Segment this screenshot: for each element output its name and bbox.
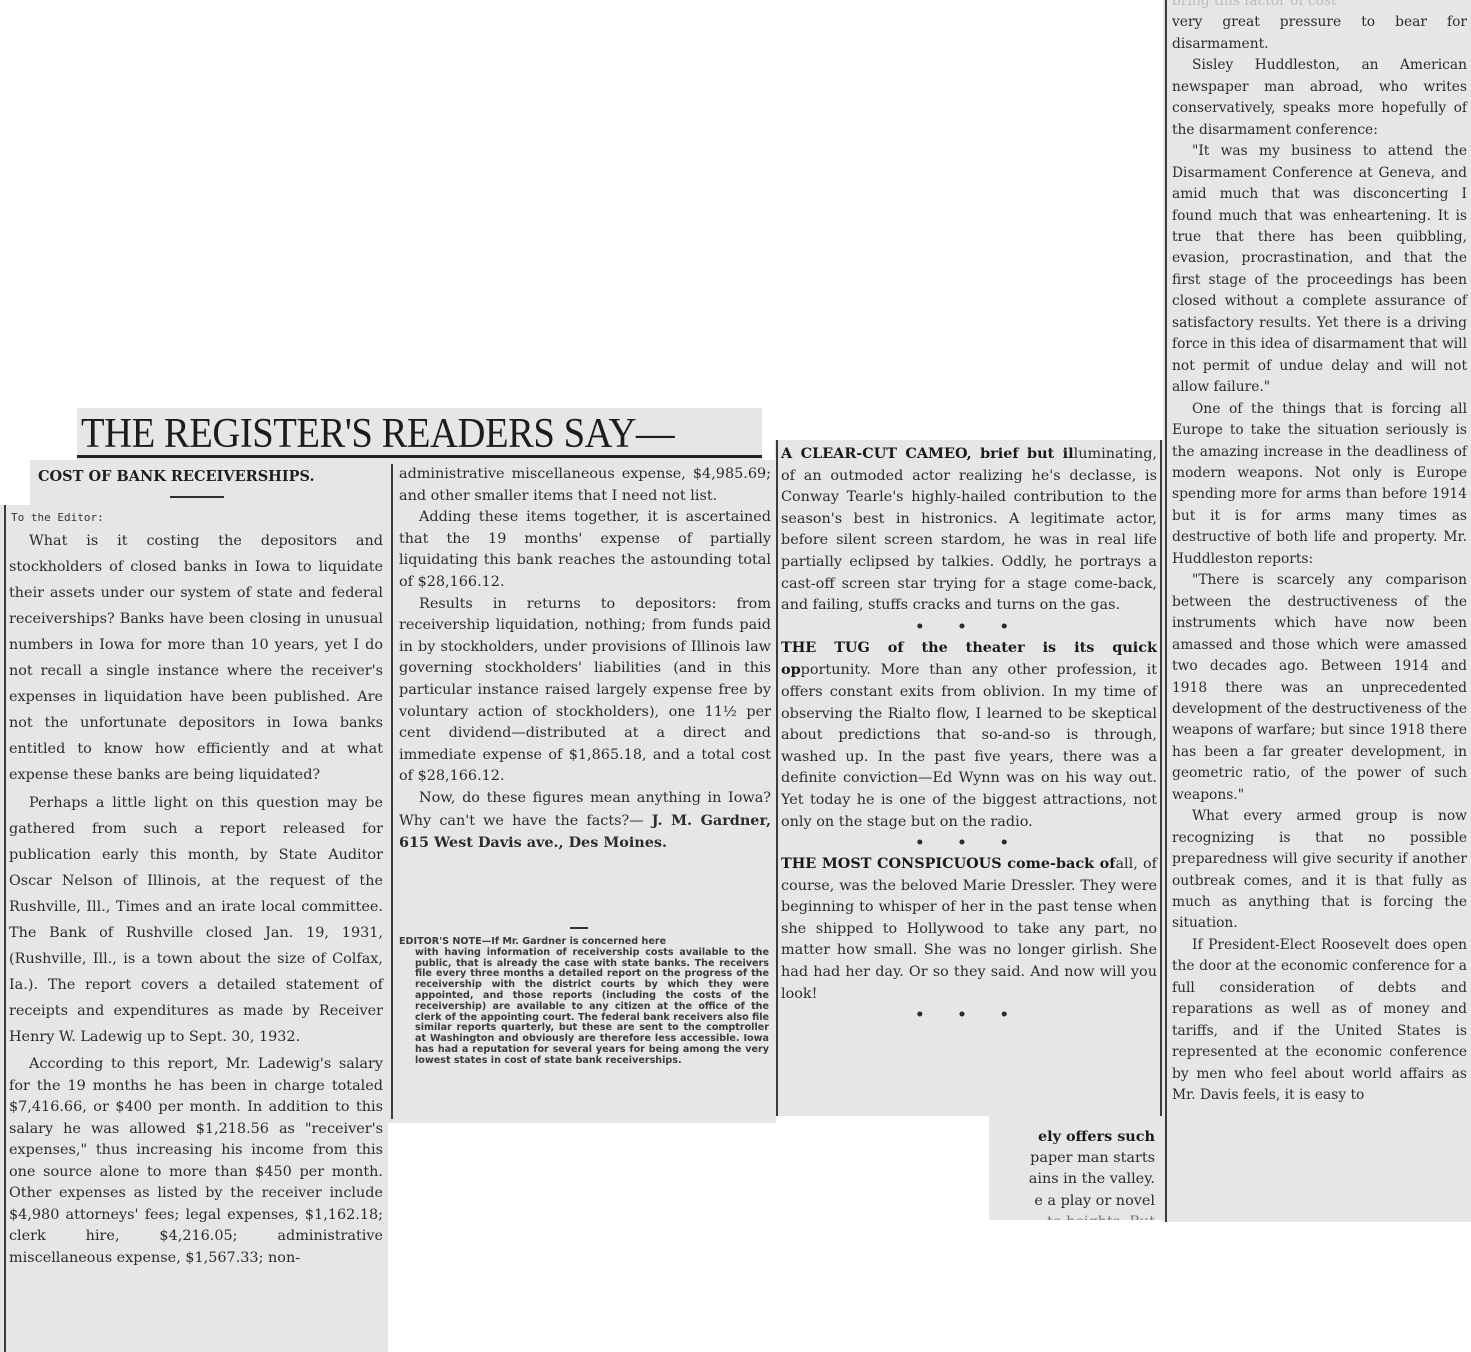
theater-fragment: ely offers such paper man starts ains in… bbox=[989, 1126, 1155, 1220]
letter-para: What is it costing the depositors and st… bbox=[9, 528, 383, 788]
item-lead: A CLEAR-CUT CAMEO, bbox=[781, 445, 972, 462]
letter-para: According to this report, Mr. Ladewig's … bbox=[9, 1054, 383, 1269]
theater-column-clip: A CLEAR-CUT CAMEO, brief but illuminatin… bbox=[775, 440, 1163, 1116]
headline-rule bbox=[77, 455, 762, 458]
disarmament-para: If President-Elect Roosevelt does open t… bbox=[1172, 935, 1467, 1107]
letter-column-2-clip: administrative miscellaneous expense, $4… bbox=[386, 460, 776, 1123]
theater-item: THE MOST CONSPICUOUS come-back ofall, of… bbox=[781, 853, 1157, 1005]
disarmament-column-clip: bring this factor of cost very great pre… bbox=[1163, 0, 1471, 1222]
headline-clip: THE REGISTER'S READERS SAY— bbox=[77, 408, 762, 460]
separator-dots: • • • bbox=[781, 833, 1157, 853]
page-headline: THE REGISTER'S READERS SAY— bbox=[81, 410, 674, 458]
letter-column-2: administrative miscellaneous expense, $4… bbox=[399, 464, 771, 855]
editors-note-body: with having information of receivership … bbox=[399, 948, 769, 1067]
editors-note-first-line: If Mr. Gardner is concerned here bbox=[491, 936, 666, 947]
theater-item: THE TUG of the theater is its quick oppo… bbox=[781, 637, 1157, 833]
fragment-line: e a play or novel bbox=[989, 1191, 1155, 1213]
column-rule bbox=[776, 440, 778, 1116]
item-text: portunity. More than any other professio… bbox=[781, 662, 1157, 829]
item-lead-rest: brief but il bbox=[972, 445, 1074, 462]
disarmament-para: One of the things that is forcing all Eu… bbox=[1172, 399, 1467, 571]
disarmament-para: very great pressure to bear for disarmam… bbox=[1172, 12, 1467, 55]
item-lead: THE MOST CONSPICUOUS bbox=[781, 855, 1002, 872]
fragment-line: ely offers such bbox=[989, 1126, 1155, 1148]
theater-column: A CLEAR-CUT CAMEO, brief but illuminatin… bbox=[781, 443, 1157, 1025]
theater-item: A CLEAR-CUT CAMEO, brief but illuminatin… bbox=[781, 443, 1157, 617]
separator-dots: • • • bbox=[781, 617, 1157, 637]
disarmament-para: Sisley Huddleston, an American newspaper… bbox=[1172, 55, 1467, 141]
note-dash bbox=[570, 927, 588, 929]
item-text: luminating, of an outmoded actor realizi… bbox=[781, 446, 1157, 613]
column-rule bbox=[1160, 440, 1162, 1116]
salutation: To the Editor: bbox=[11, 511, 104, 524]
fragment-line: paper man starts bbox=[989, 1148, 1155, 1170]
letter-para: Perhaps a little light on this question … bbox=[9, 790, 383, 1050]
letter-title: COST OF BANK RECEIVERSHIPS. bbox=[38, 468, 315, 485]
item-text: all, of course, was the beloved Marie Dr… bbox=[781, 856, 1157, 1002]
fragment-line: ains in the valley. bbox=[989, 1169, 1155, 1191]
letter-para: Results in returns to depositors: from r… bbox=[399, 594, 771, 788]
disarmament-para: What every armed group is now recognizin… bbox=[1172, 806, 1467, 935]
fragment-line: ... to heights. But bbox=[989, 1212, 1155, 1220]
editors-note-label: EDITOR'S NOTE— bbox=[399, 936, 491, 947]
disarmament-para: "It was my business to attend the Disarm… bbox=[1172, 141, 1467, 398]
column-rule bbox=[1165, 0, 1167, 1222]
item-lead: THE TUG bbox=[781, 639, 870, 656]
item-lead-rest: come-back of bbox=[1002, 855, 1116, 872]
editors-note: EDITOR'S NOTE—If Mr. Gardner is concerne… bbox=[399, 937, 769, 1067]
column-rule bbox=[391, 464, 393, 1119]
letter-para: administrative miscellaneous expense, $4… bbox=[399, 464, 771, 507]
disarmament-column: bring this factor of cost very great pre… bbox=[1172, 0, 1467, 1107]
letter-column-1-clip: To the Editor: What is it costing the de… bbox=[0, 505, 388, 1352]
letter-para: Now, do these figures mean anything in I… bbox=[399, 788, 771, 855]
separator-dots: • • • bbox=[781, 1005, 1157, 1025]
theater-fragment-clip: ely offers such paper man starts ains in… bbox=[989, 1116, 1163, 1220]
title-dash bbox=[170, 496, 224, 498]
disarmament-para: "There is scarcely any comparison betwee… bbox=[1172, 570, 1467, 806]
column-rule bbox=[4, 505, 6, 1352]
letter-para: Adding these items together, it is ascer… bbox=[399, 507, 771, 593]
cut-line: bring this factor of cost bbox=[1172, 0, 1467, 12]
letter-column-1: What is it costing the depositors and st… bbox=[9, 528, 383, 1269]
